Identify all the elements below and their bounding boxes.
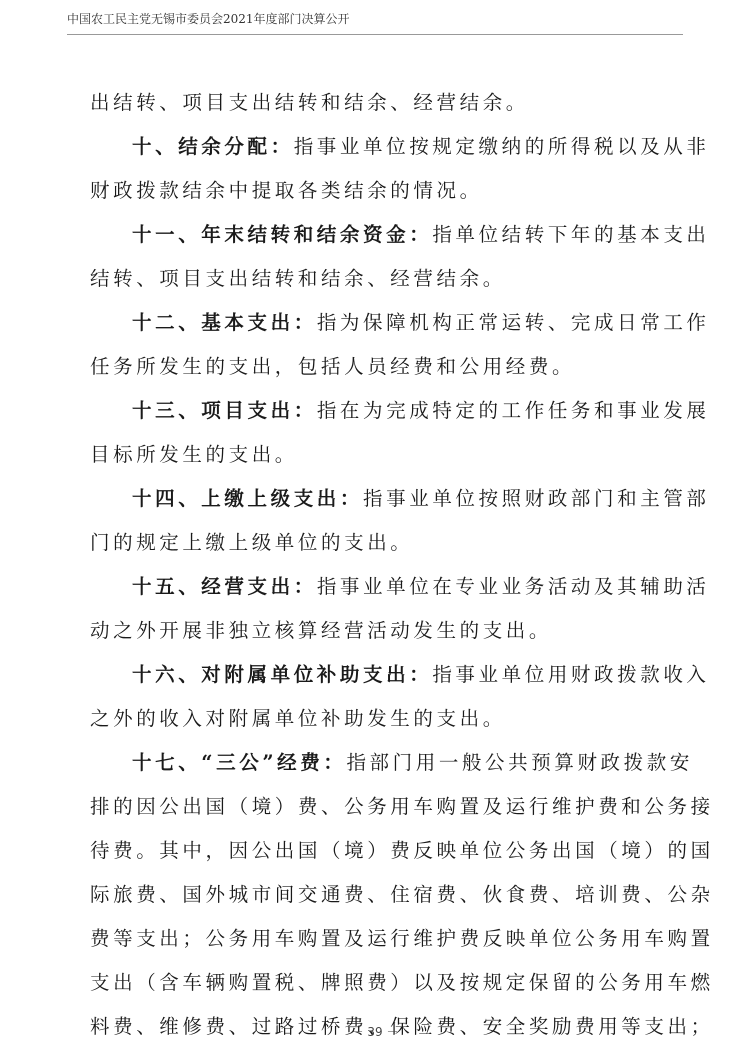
term-label: 十六、对附属单位补助支出： — [132, 663, 432, 686]
line-text: 排的因公出国（境）费、公务用车购置及运行维护费和公务接 — [90, 795, 714, 818]
line-text: 指为保障机构正常运转、完成日常工作 — [317, 311, 710, 334]
body-line: 十六、对附属单位补助支出：指事业单位用财政拨款收入 — [90, 660, 656, 704]
line-text: 目标所发生的支出。 — [90, 443, 298, 466]
body-line: 结转、项目支出结转和结余、经营结余。 — [90, 264, 656, 308]
term-label: 十三、项目支出： — [132, 399, 317, 422]
body-line: 之外的收入对附属单位补助发生的支出。 — [90, 704, 656, 748]
line-text: 指事业单位在专业业务活动及其辅助活 — [317, 575, 710, 598]
line-text: 出结转、项目支出结转和结余、经营结余。 — [90, 91, 529, 114]
line-text: 指事业单位按规定缴纳的所得税以及从非 — [294, 135, 710, 158]
line-text: 际旅费、国外城市间交通费、住宿费、伙食费、培训费、公杂 — [90, 883, 714, 906]
line-text: 动之外开展非独立核算经营活动发生的支出。 — [90, 619, 552, 642]
term-label: 十七、“三公”经费： — [132, 751, 346, 774]
line-text: 指事业单位用财政拨款收入 — [432, 663, 709, 686]
page-number: － 39 － — [0, 1023, 750, 1040]
body-line: 排的因公出国（境）费、公务用车购置及运行维护费和公务接 — [90, 792, 656, 836]
body-line: 际旅费、国外城市间交通费、住宿费、伙食费、培训费、公杂 — [90, 880, 656, 924]
line-text: 支出（含车辆购置税、牌照费）以及按规定保留的公务用车燃 — [90, 971, 714, 994]
line-text: 任务所发生的支出，包括人员经费和公用经费。 — [90, 355, 575, 378]
line-text: 财政拨款结余中提取各类结余的情况。 — [90, 179, 483, 202]
line-text: 结转、项目支出结转和结余、经营结余。 — [90, 267, 506, 290]
body-line: 十七、“三公”经费：指部门用一般公共预算财政拨款安 — [90, 748, 656, 792]
term-label: 十五、经营支出： — [132, 575, 317, 598]
body-line: 出结转、项目支出结转和结余、经营结余。 — [90, 88, 656, 132]
term-label: 十一、年末结转和结余资金： — [132, 223, 432, 246]
body-line: 十三、项目支出：指在为完成特定的工作任务和事业发展 — [90, 396, 656, 440]
body-line: 十四、上缴上级支出：指事业单位按照财政部门和主管部 — [90, 484, 656, 528]
body-line: 十二、基本支出：指为保障机构正常运转、完成日常工作 — [90, 308, 656, 352]
body-line: 动之外开展非独立核算经营活动发生的支出。 — [90, 616, 656, 660]
line-text: 费等支出；公务用车购置及运行维护费反映单位公务用车购置 — [90, 927, 714, 950]
line-text: 门的规定上缴上级单位的支出。 — [90, 531, 413, 554]
document-body: 出结转、项目支出结转和结余、经营结余。 十、结余分配：指事业单位按规定缴纳的所得… — [90, 88, 656, 1056]
body-line: 支出（含车辆购置税、牌照费）以及按规定保留的公务用车燃 — [90, 968, 656, 1012]
line-text: 之外的收入对附属单位补助发生的支出。 — [90, 707, 506, 730]
line-text: 指单位结转下年的基本支出 — [432, 223, 709, 246]
body-line: 十一、年末结转和结余资金：指单位结转下年的基本支出 — [90, 220, 656, 264]
line-text: 指部门用一般公共预算财政拨款安 — [346, 751, 693, 774]
body-line: 十、结余分配：指事业单位按规定缴纳的所得税以及从非 — [90, 132, 656, 176]
body-line: 目标所发生的支出。 — [90, 440, 656, 484]
body-line: 费等支出；公务用车购置及运行维护费反映单位公务用车购置 — [90, 924, 656, 968]
body-line: 门的规定上缴上级单位的支出。 — [90, 528, 656, 572]
line-text: 待费。其中，因公出国（境）费反映单位公务出国（境）的国 — [90, 839, 714, 862]
body-line: 财政拨款结余中提取各类结余的情况。 — [90, 176, 656, 220]
term-label: 十、结余分配： — [132, 135, 294, 158]
line-text: 指事业单位按照财政部门和主管部 — [363, 487, 710, 510]
document-header: 中国农工民主党无锡市委员会2021年度部门决算公开 — [67, 10, 350, 27]
term-label: 十二、基本支出： — [132, 311, 317, 334]
body-line: 任务所发生的支出，包括人员经费和公用经费。 — [90, 352, 656, 396]
line-text: 指在为完成特定的工作任务和事业发展 — [317, 399, 710, 422]
body-line: 待费。其中，因公出国（境）费反映单位公务出国（境）的国 — [90, 836, 656, 880]
term-label: 十四、上缴上级支出： — [132, 487, 363, 510]
header-divider — [67, 34, 683, 35]
body-line: 十五、经营支出：指事业单位在专业业务活动及其辅助活 — [90, 572, 656, 616]
